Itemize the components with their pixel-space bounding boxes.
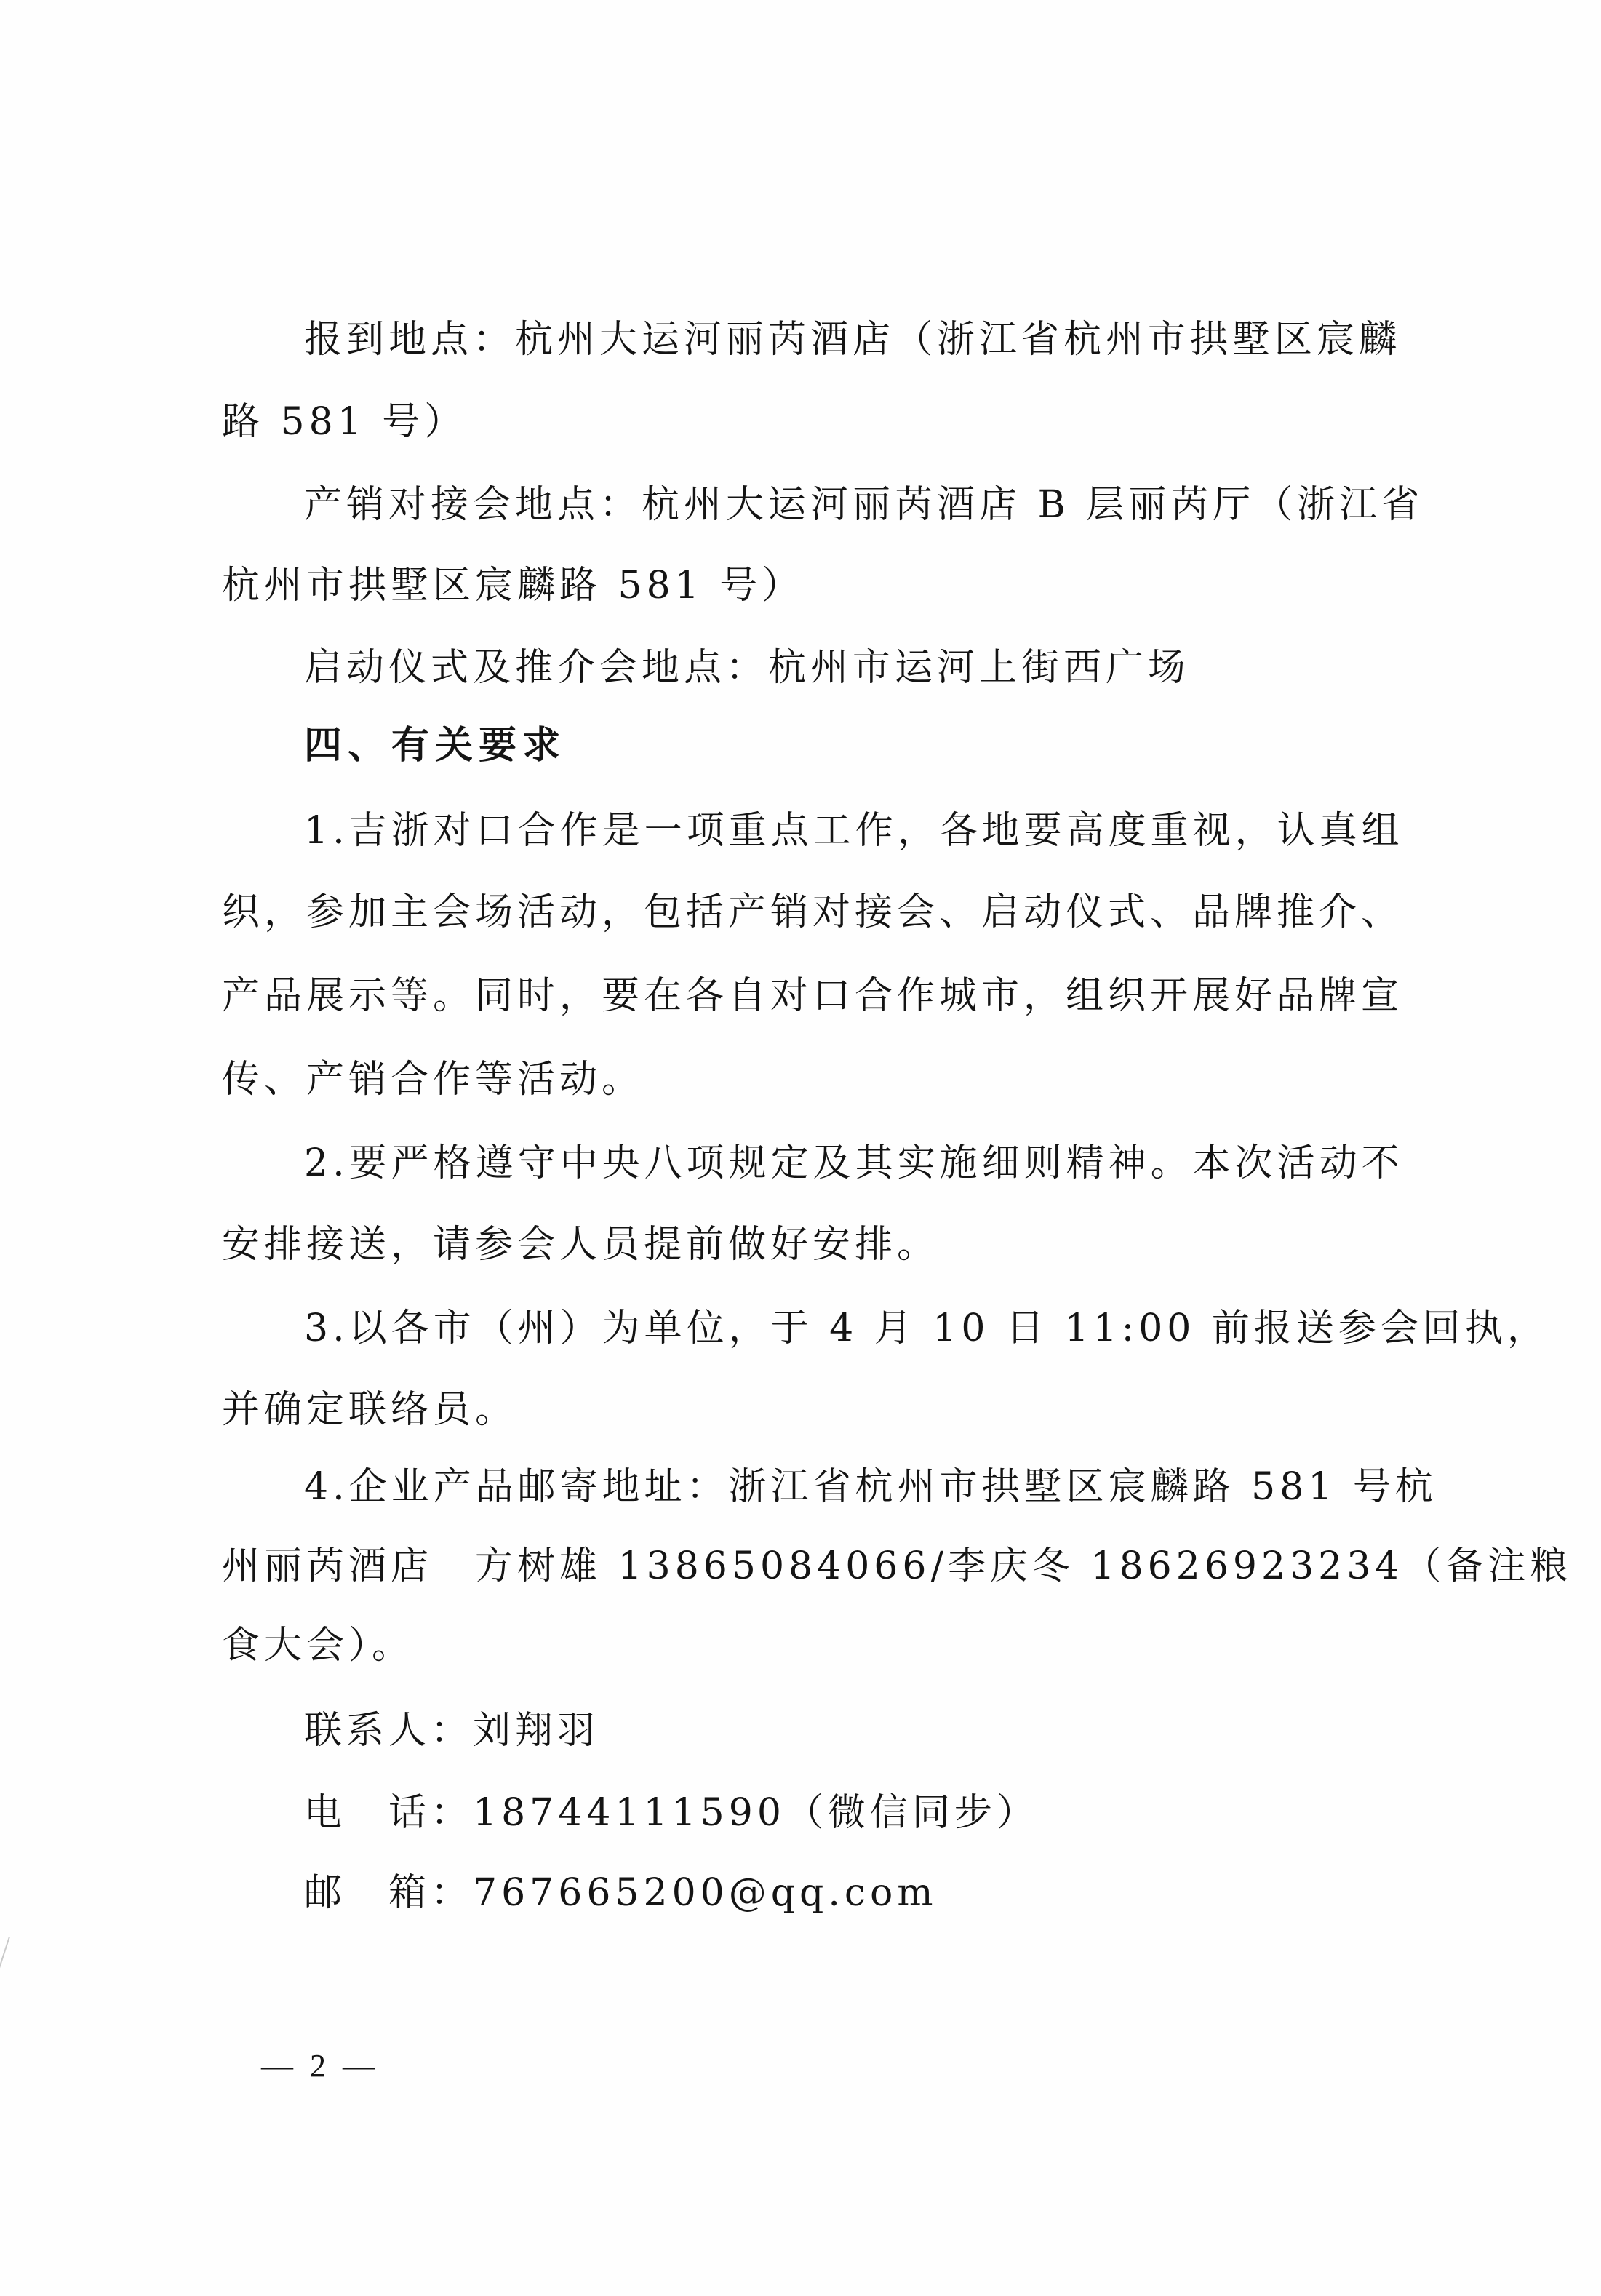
registration-venue-line-1: 报到地点：杭州大运河丽芮酒店（浙江省杭州市拱墅区宸麟 [304,314,1400,365]
contact-phone: 电 话：18744111590（微信同步） [304,1787,1400,1838]
page-number: — 2 — [240,2043,400,2089]
requirement-2-line-1: 2.要严格遵守中央八项规定及其实施细则精神。本次活动不 [304,1138,1400,1189]
requirement-1-line-1: 1.吉浙对口合作是一项重点工作，各地要高度重视，认真组 [304,805,1400,856]
requirement-4-line-1: 4.企业产品邮寄地址：浙江省杭州市拱墅区宸麟路 581 号杭 [304,1462,1400,1512]
requirement-1-line-2: 织，参加主会场活动，包括产销对接会、启动仪式、品牌推介、 [222,887,1400,938]
launch-venue-line: 启动仪式及推介会地点：杭州市运河上街西广场 [304,642,1400,693]
document-page: 报到地点：杭州大运河丽芮酒店（浙江省杭州市拱墅区宸麟 路 581 号） 产销对接… [0,0,1601,2296]
requirement-1-line-3: 产品展示等。同时，要在各自对口合作城市，组织开展好品牌宣 [222,970,1400,1021]
requirement-4-line-2: 州丽芮酒店 方树雄 13865084066/李庆冬 18626923234（备注… [222,1541,1400,1592]
matchmaking-venue-line-2: 杭州市拱墅区宸麟路 581 号） [222,560,1400,611]
scan-artifact-line [0,1937,10,2027]
registration-venue-line-2: 路 581 号） [222,396,1400,447]
contact-email[interactable]: 邮 箱：767665200@qq.com [304,1868,1400,1918]
contact-person: 联系人：刘翔羽 [304,1705,1400,1756]
requirement-4-line-3: 食大会）。 [222,1620,1400,1671]
matchmaking-venue-line-1: 产销对接会地点：杭州大运河丽芮酒店 B 层丽芮厅（浙江省 [304,479,1400,530]
requirement-1-line-4: 传、产销合作等活动。 [222,1054,1400,1105]
requirement-2-line-2: 安排接送，请参会人员提前做好安排。 [222,1219,1400,1270]
requirement-3-line-2: 并确定联络员。 [222,1384,1400,1435]
requirements-heading: 四、有关要求 [304,720,1400,771]
requirement-3-line-1: 3.以各市（州）为单位，于 4 月 10 日 11:00 前报送参会回执， [304,1303,1400,1354]
